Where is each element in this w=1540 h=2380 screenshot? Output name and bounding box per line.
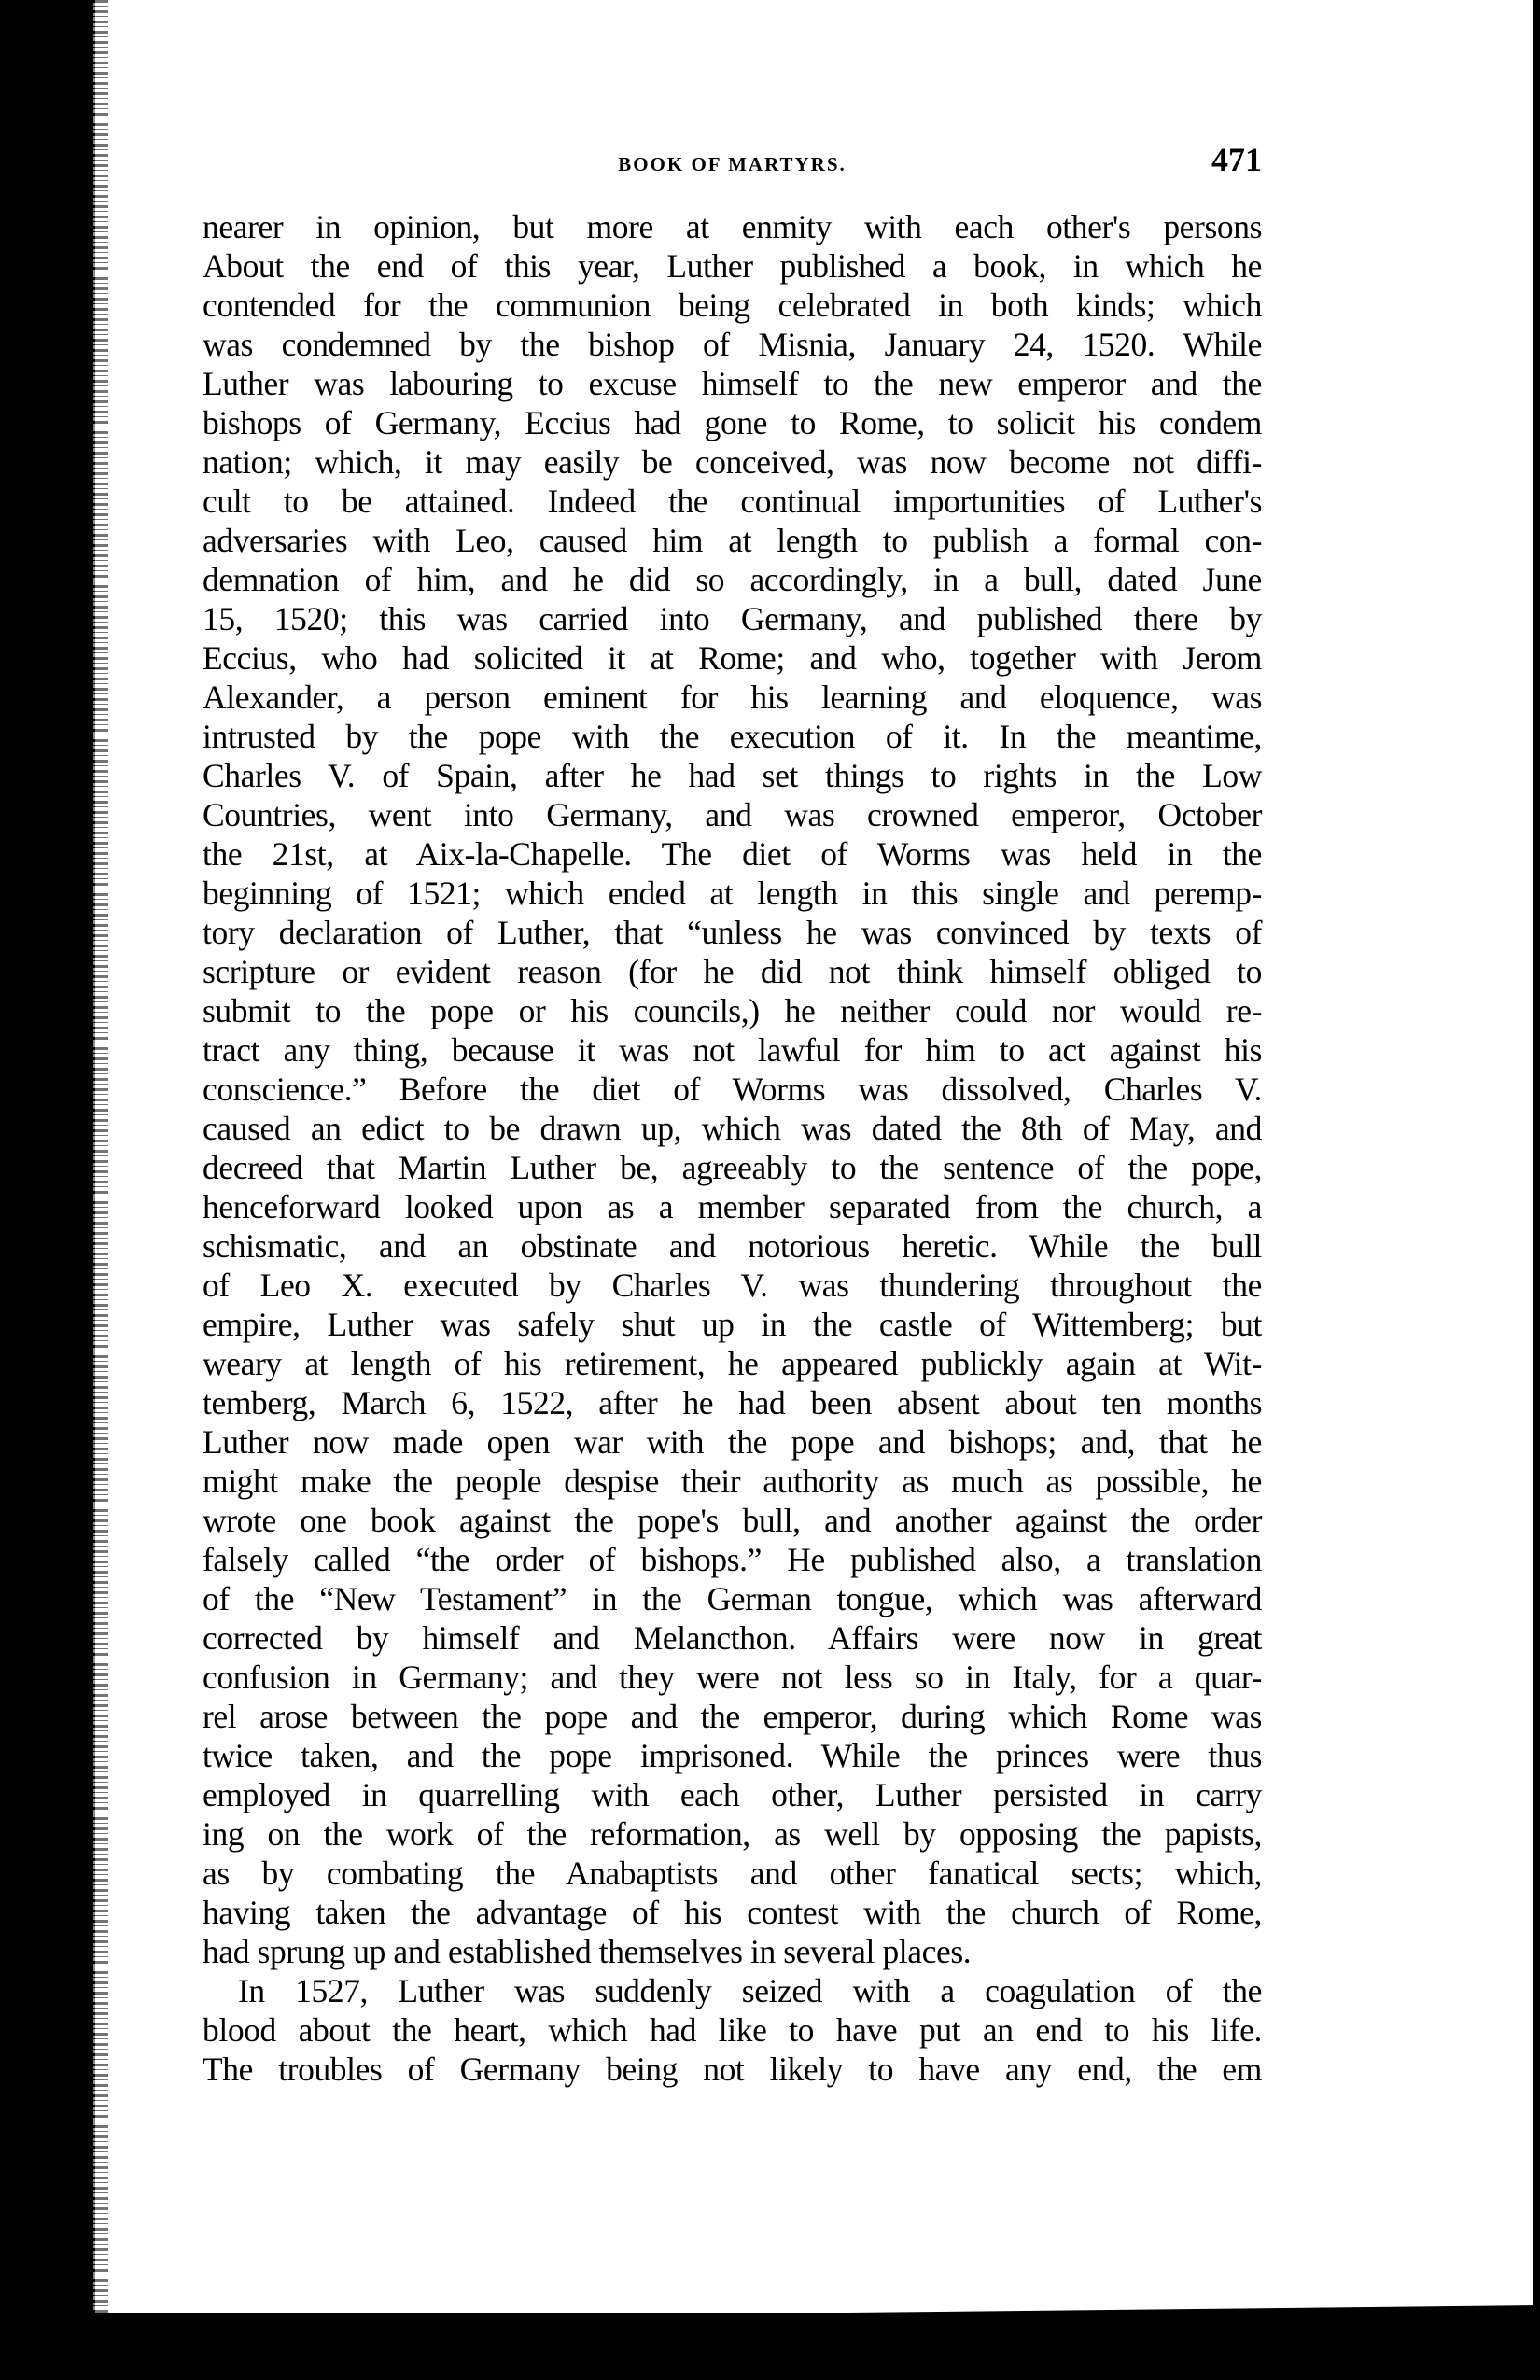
text-line: caused an edict to be drawn up, which wa… [203, 1109, 1262, 1148]
text-line: nation; which, it may easily be conceive… [203, 442, 1262, 482]
text-line: was condemned by the bishop of Misnia, J… [203, 325, 1262, 364]
text-line: contended for the communion being celebr… [203, 286, 1262, 325]
text-line: having taken the advantage of his contes… [203, 1893, 1262, 1932]
text-line: beginning of 1521; which ended at length… [203, 874, 1262, 913]
text-line: Charles V. of Spain, after he had set th… [203, 756, 1262, 795]
text-line: submit to the pope or his councils,) he … [203, 991, 1262, 1030]
text-line: demnation of him, and he did so accordin… [203, 560, 1262, 599]
text-line: as by combating the Anabaptists and othe… [203, 1854, 1262, 1893]
text-line: nearer in opinion, but more at enmity wi… [203, 207, 1262, 246]
text-line: About the end of this year, Luther publi… [203, 246, 1262, 286]
text-line: empire, Luther was safely shut up in the… [203, 1305, 1262, 1344]
scan-border-left [0, 0, 95, 2380]
text-line: tory declaration of Luther, that “unless… [203, 913, 1262, 952]
text-line: 15, 1520; this was carried into Germany,… [203, 599, 1262, 638]
text-line: Countries, went into Germany, and was cr… [203, 795, 1262, 834]
text-line: rel arose between the pope and the emper… [203, 1697, 1262, 1736]
text-line: falsely called “the order of bishops.” H… [203, 1540, 1262, 1579]
scan-border-right [1533, 0, 1540, 2380]
text-line: temberg, March 6, 1522, after he had bee… [203, 1383, 1262, 1422]
text-line: the 21st, at Aix-la-Chapelle. The diet o… [203, 834, 1262, 874]
text-line: intrusted by the pope with the execution… [203, 717, 1262, 756]
page-number: 471 [1211, 140, 1262, 179]
text-line: ing on the work of the reformation, as w… [203, 1814, 1262, 1854]
text-line: weary at length of his retirement, he ap… [203, 1344, 1262, 1383]
running-title: Book of Martyrs. [203, 153, 1262, 176]
text-line: henceforward looked upon as a member sep… [203, 1187, 1262, 1226]
text-line: might make the people despise their auth… [203, 1462, 1262, 1501]
text-line: adversaries with Leo, caused him at leng… [203, 521, 1262, 560]
text-line: Luther was labouring to excuse himself t… [203, 364, 1262, 403]
text-line: tract any thing, because it was not lawf… [203, 1030, 1262, 1070]
text-line: decreed that Martin Luther be, agreeably… [203, 1148, 1262, 1187]
running-head: Book of Martyrs. 471 [203, 140, 1262, 196]
text-line: of the “New Testament” in the German ton… [203, 1579, 1262, 1618]
text-line-paragraph-start: In 1527, Luther was suddenly seized with… [203, 1971, 1262, 2010]
text-line: Alexander, a person eminent for his lear… [203, 678, 1262, 717]
text-line: blood about the heart, which had like to… [203, 2010, 1262, 2050]
text-line-paragraph-end: had sprung up and established themselves… [203, 1932, 1262, 1971]
text-line: scripture or evident reason (for he did … [203, 952, 1262, 991]
text-line: wrote one book against the pope's bull, … [203, 1501, 1262, 1540]
text-line: corrected by himself and Melancthon. Aff… [203, 1618, 1262, 1658]
text-line: conscience.” Before the diet of Worms wa… [203, 1070, 1262, 1109]
text-line: confusion in Germany; and they were not … [203, 1658, 1262, 1697]
scan-border-bottom [0, 2305, 1540, 2380]
text-line: Luther now made open war with the pope a… [203, 1422, 1262, 1462]
text-line: twice taken, and the pope imprisoned. Wh… [203, 1736, 1262, 1775]
text-line: employed in quarrelling with each other,… [203, 1775, 1262, 1814]
text-line: Eccius, who had solicited it at Rome; an… [203, 638, 1262, 678]
text-line: of Leo X. executed by Charles V. was thu… [203, 1266, 1262, 1305]
text-line: The troubles of Germany being not likely… [203, 2050, 1262, 2089]
book-page: Book of Martyrs. 471 nearer in opinion, … [203, 140, 1262, 2089]
text-line: cult to be attained. Indeed the continua… [203, 482, 1262, 521]
scan-border-left-fray [93, 0, 108, 2380]
body-text: nearer in opinion, but more at enmity wi… [203, 207, 1262, 2089]
text-line: bishops of Germany, Eccius had gone to R… [203, 403, 1262, 442]
text-line: schismatic, and an obstinate and notorio… [203, 1226, 1262, 1266]
